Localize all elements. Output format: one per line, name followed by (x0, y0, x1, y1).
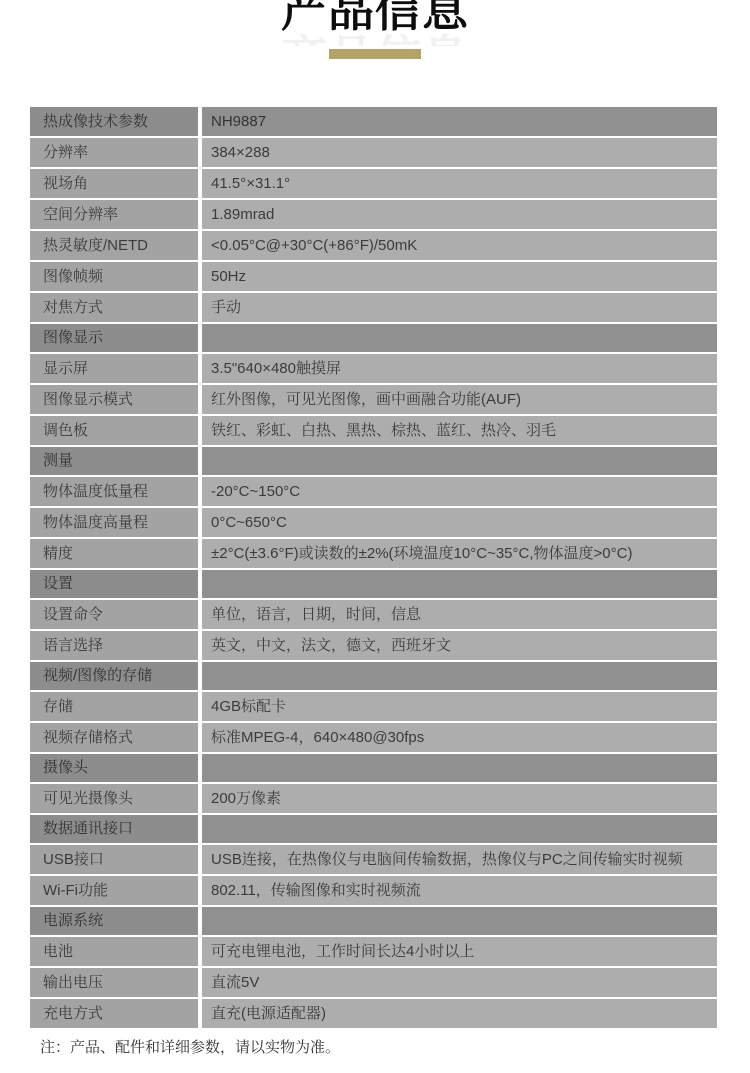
spec-row: 对焦方式手动 (30, 293, 717, 322)
spec-row: 图像帧频50Hz (30, 262, 717, 291)
title-divider (329, 49, 421, 59)
spec-label: 电池 (30, 937, 198, 966)
spec-value: 铁红、彩虹、白热、黑热、棕热、蓝红、热冷、羽毛 (202, 416, 717, 445)
spec-row: 显示屏3.5"640×480触摸屏 (30, 354, 717, 383)
spec-row: 充电方式直充(电源适配器) (30, 999, 717, 1028)
spec-row: 精度±2°C(±3.6°F)或读数的±2%(环境温度10°C~35°C,物体温度… (30, 539, 717, 568)
spec-value: 3.5"640×480触摸屏 (202, 354, 717, 383)
spec-table: 热成像技术参数NH9887分辨率384×288视场角41.5°×31.1°空间分… (30, 107, 717, 1028)
spec-value-text: 英文，中文，法文，德文，西班牙文 (211, 631, 451, 660)
spec-value: 1.89mrad (202, 200, 717, 229)
spec-label: 数据通讯接口 (30, 815, 198, 843)
spec-value: USB连接，在热像仪与电脑间传输数据，热像仪与PC之间传输实时视频 (202, 845, 717, 874)
spec-row: 空间分辨率1.89mrad (30, 200, 717, 229)
spec-label: Wi-Fi功能 (30, 876, 198, 905)
spec-value (202, 815, 717, 843)
spec-label: 图像显示模式 (30, 385, 198, 414)
spec-label: 物体温度低量程 (30, 477, 198, 506)
spec-value-text: ±2°C(±3.6°F)或读数的±2%(环境温度10°C~35°C,物体温度>0… (211, 539, 632, 568)
spec-value-text: 200万像素 (211, 784, 281, 813)
spec-value (202, 324, 717, 352)
spec-value-text: 41.5°×31.1° (211, 169, 290, 198)
spec-label: 充电方式 (30, 999, 198, 1028)
spec-label: 测量 (30, 447, 198, 475)
spec-label: 电源系统 (30, 907, 198, 935)
spec-value-text: 1.89mrad (211, 200, 274, 229)
spec-value-text: 3.5"640×480触摸屏 (211, 354, 341, 383)
spec-value-text: USB连接，在热像仪与电脑间传输数据，热像仪与PC之间传输实时视频 (211, 845, 683, 874)
spec-section-row: 设置 (30, 570, 717, 598)
spec-label: 设置命令 (30, 600, 198, 629)
spec-row: 设置命令单位，语言，日期，时间，信息 (30, 600, 717, 629)
spec-value: 标准MPEG-4，640×480@30fps (202, 723, 717, 752)
spec-label: 语言选择 (30, 631, 198, 660)
spec-row: 语言选择英文，中文，法文，德文，西班牙文 (30, 631, 717, 660)
spec-label: 精度 (30, 539, 198, 568)
spec-value: 802.11，传输图像和实时视频流 (202, 876, 717, 905)
spec-value (202, 447, 717, 475)
spec-section-row: 图像显示 (30, 324, 717, 352)
spec-value (202, 754, 717, 782)
spec-row: 物体温度高量程0°C~650°C (30, 508, 717, 537)
spec-label: 输出电压 (30, 968, 198, 997)
spec-row: 输出电压直流5V (30, 968, 717, 997)
spec-value-text: 标准MPEG-4，640×480@30fps (211, 723, 424, 752)
spec-value-text: NH9887 (211, 107, 266, 136)
spec-value-text: 0°C~650°C (211, 508, 287, 537)
spec-value-text: 单位，语言，日期，时间，信息 (211, 600, 421, 629)
spec-value: 红外图像，可见光图像，画中画融合功能(AUF) (202, 385, 717, 414)
spec-section-row: 视频/图像的存储 (30, 662, 717, 690)
spec-row: 物体温度低量程-20°C~150°C (30, 477, 717, 506)
spec-value: <0.05°C@+30°C(+86°F)/50mK (202, 231, 717, 260)
spec-row: 视频存储格式标准MPEG-4，640×480@30fps (30, 723, 717, 752)
title-block: 产品信息 (0, 0, 750, 34)
spec-row: 热成像技术参数NH9887 (30, 107, 717, 136)
spec-row: 存储4GB标配卡 (30, 692, 717, 721)
spec-value-text: 可充电锂电池，工作时间长达4小时以上 (211, 937, 474, 966)
spec-row: 图像显示模式红外图像，可见光图像，画中画融合功能(AUF) (30, 385, 717, 414)
spec-section-row: 数据通讯接口 (30, 815, 717, 843)
spec-section-row: 测量 (30, 447, 717, 475)
spec-value: 384×288 (202, 138, 717, 167)
spec-row: 视场角41.5°×31.1° (30, 169, 717, 198)
spec-value-text: 红外图像，可见光图像，画中画融合功能(AUF) (211, 385, 521, 414)
spec-section-row: 摄像头 (30, 754, 717, 782)
spec-label: 热灵敏度/NETD (30, 231, 198, 260)
spec-value-text: 直充(电源适配器) (211, 999, 326, 1028)
spec-row: USB接口USB连接，在热像仪与电脑间传输数据，热像仪与PC之间传输实时视频 (30, 845, 717, 874)
spec-label: USB接口 (30, 845, 198, 874)
spec-value: 50Hz (202, 262, 717, 291)
spec-label: 物体温度高量程 (30, 508, 198, 537)
spec-label: 图像帧频 (30, 262, 198, 291)
spec-value-text: 4GB标配卡 (211, 692, 286, 721)
spec-value: 直流5V (202, 968, 717, 997)
spec-label: 设置 (30, 570, 198, 598)
spec-value: ±2°C(±3.6°F)或读数的±2%(环境温度10°C~35°C,物体温度>0… (202, 539, 717, 568)
spec-label: 调色板 (30, 416, 198, 445)
title-reflection: 产品信息 (0, 34, 750, 46)
spec-label: 摄像头 (30, 754, 198, 782)
page-title: 产品信息 (0, 0, 750, 33)
spec-label: 分辨率 (30, 138, 198, 167)
spec-label: 显示屏 (30, 354, 198, 383)
spec-value-text: 50Hz (211, 262, 246, 291)
spec-row: 热灵敏度/NETD<0.05°C@+30°C(+86°F)/50mK (30, 231, 717, 260)
spec-label: 对焦方式 (30, 293, 198, 322)
spec-value: 英文，中文，法文，德文，西班牙文 (202, 631, 717, 660)
spec-value: 手动 (202, 293, 717, 322)
spec-label: 热成像技术参数 (30, 107, 198, 136)
spec-label: 空间分辨率 (30, 200, 198, 229)
spec-value: -20°C~150°C (202, 477, 717, 506)
footnote: 注：产品、配件和详细参数，请以实物为准。 (40, 1038, 750, 1058)
spec-label: 视频存储格式 (30, 723, 198, 752)
spec-value: 4GB标配卡 (202, 692, 717, 721)
spec-value: 0°C~650°C (202, 508, 717, 537)
spec-value-text: 384×288 (211, 138, 270, 167)
spec-value-text: -20°C~150°C (211, 477, 300, 506)
spec-label: 可见光摄像头 (30, 784, 198, 813)
spec-label: 视频/图像的存储 (30, 662, 198, 690)
spec-value-text: 铁红、彩虹、白热、黑热、棕热、蓝红、热冷、羽毛 (211, 416, 556, 445)
spec-value: 直充(电源适配器) (202, 999, 717, 1028)
spec-value-text: 直流5V (211, 968, 259, 997)
spec-value (202, 570, 717, 598)
spec-row: Wi-Fi功能802.11，传输图像和实时视频流 (30, 876, 717, 905)
spec-value: 200万像素 (202, 784, 717, 813)
spec-value (202, 662, 717, 690)
spec-label: 视场角 (30, 169, 198, 198)
spec-section-row: 电源系统 (30, 907, 717, 935)
spec-value-text: <0.05°C@+30°C(+86°F)/50mK (211, 231, 417, 260)
spec-value: 可充电锂电池，工作时间长达4小时以上 (202, 937, 717, 966)
spec-row: 可见光摄像头200万像素 (30, 784, 717, 813)
spec-value: 41.5°×31.1° (202, 169, 717, 198)
spec-label: 图像显示 (30, 324, 198, 352)
spec-row: 分辨率384×288 (30, 138, 717, 167)
spec-row: 调色板铁红、彩虹、白热、黑热、棕热、蓝红、热冷、羽毛 (30, 416, 717, 445)
spec-label: 存储 (30, 692, 198, 721)
spec-value: NH9887 (202, 107, 717, 136)
product-info-page: 产品信息 产品信息 热成像技术参数NH9887分辨率384×288视场角41.5… (0, 0, 750, 1073)
spec-value-text: 手动 (211, 293, 241, 322)
spec-row: 电池可充电锂电池，工作时间长达4小时以上 (30, 937, 717, 966)
spec-value-text: 802.11，传输图像和实时视频流 (211, 876, 421, 905)
spec-value (202, 907, 717, 935)
spec-value: 单位，语言，日期，时间，信息 (202, 600, 717, 629)
